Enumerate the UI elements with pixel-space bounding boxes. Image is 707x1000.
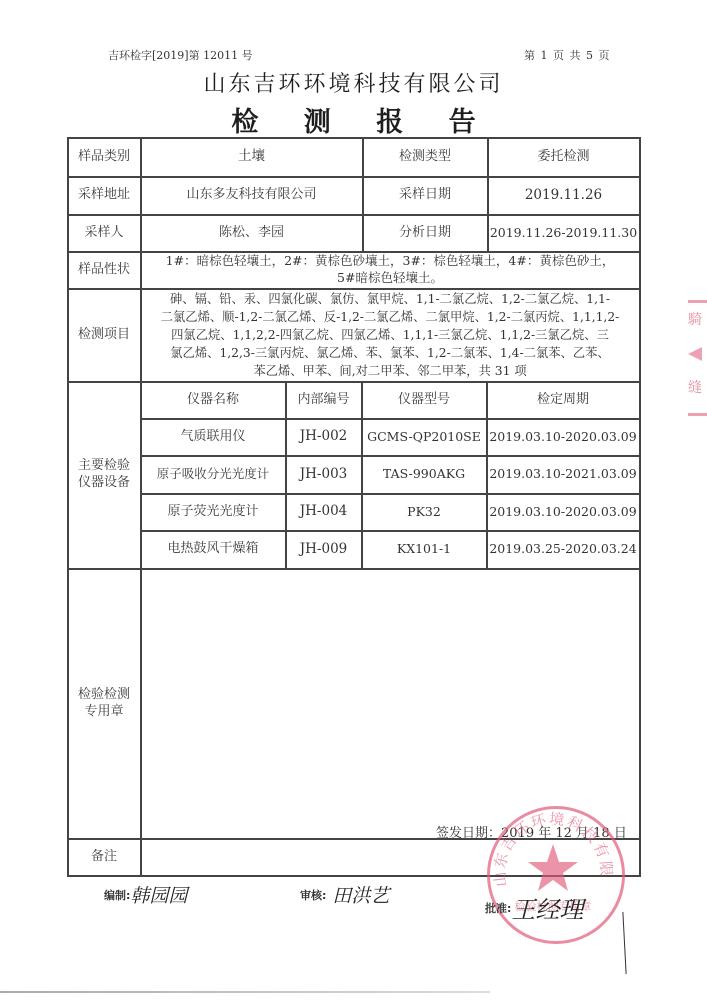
instrument-name: 原子荧光光度计: [141, 494, 285, 530]
instrument-name: 原子吸收分光光度计: [141, 456, 285, 493]
instruments-label-line: 仪器设备: [78, 475, 130, 492]
instrument-name: 气质联用仪: [141, 419, 285, 455]
instrument-col-period: 检定周期: [487, 382, 639, 418]
sample-category-label: 样品类别: [68, 138, 140, 176]
report-reference-number: 吉环检字[2019]第 12011 号: [108, 47, 253, 63]
sampler-value: 陈松、李园: [141, 215, 362, 251]
instrument-id: JH-002: [286, 419, 361, 455]
sample-traits-line: 5#暗棕色轻壤土。: [141, 269, 639, 286]
test-items-line: 四氯乙烷、1,1,2,2-四氯乙烷、四氯乙烯、1,1,1-三氯乙烷、1,1,2-…: [141, 326, 639, 344]
instrument-period: 2019.03.25-2020.03.24: [487, 531, 639, 568]
instruments-section-label: 主要检验 仪器设备: [68, 382, 140, 568]
analysis-date-label: 分析日期: [363, 215, 487, 251]
instrument-col-id: 内部编号: [286, 382, 361, 418]
analysis-date-value: 2019.11.26-2019.11.30: [488, 215, 639, 251]
seam-stamp-char: 騎: [688, 303, 707, 337]
reviewed-by: 审核: 田洪艺: [300, 881, 389, 908]
test-items-line: 氯乙烯、1,2,3-三氯丙烷、氯乙烯、苯、氯苯、1,2-二氯苯、1,4-二氯苯、…: [141, 344, 639, 362]
report-title: 检 测 报 告: [0, 100, 707, 139]
instrument-model: GCMS-QP2010SE: [362, 419, 486, 455]
sampling-address-value: 山东多友科技有限公司: [141, 177, 362, 214]
test-items-label: 检测项目: [68, 289, 140, 381]
instrument-model: KX101-1: [362, 531, 486, 568]
signature-stroke: [622, 912, 626, 974]
test-type-value: 委托检测: [488, 138, 639, 176]
sample-traits-label: 样品性状: [68, 252, 140, 288]
test-items-line: 苯乙烯、甲苯、间,对二甲苯、邻二甲苯，共 31 项: [141, 362, 639, 380]
sampling-date-value: 2019.11.26: [488, 177, 639, 214]
sample-category-value: 土壤: [141, 138, 362, 176]
seam-stamp-star-icon: [688, 347, 702, 361]
sample-traits-value: 1#：暗棕色轻壤土，2#：黄棕色砂壤土，3#：棕色轻壤土，4#：黄棕色砂土， 5…: [141, 252, 639, 286]
test-items-line: 砷、镉、铅、汞、四氯化碳、氯仿、氯甲烷、1,1-二氯乙烷、1,2-二氯乙烷、1,…: [141, 290, 639, 308]
reviewed-signature: 田洪艺: [332, 881, 389, 908]
instrument-period: 2019.03.10-2020.03.09: [487, 494, 639, 530]
scan-edge-line: [0, 991, 490, 993]
compiled-label: 编制:: [104, 887, 130, 903]
instrument-id: JH-009: [286, 531, 361, 568]
instrument-col-model: 仪器型号: [362, 382, 486, 418]
seam-stamp: 騎 缝: [688, 300, 707, 450]
compiled-by: 编制: 韩园园: [104, 881, 187, 908]
instrument-period: 2019.03.10-2021.03.09: [487, 456, 639, 493]
seal-label-line: 专用章: [84, 704, 123, 721]
instrument-name: 电热鼓风干燥箱: [141, 531, 285, 568]
table-border-right: [639, 137, 641, 876]
seal-section-label: 检验检测 专用章: [68, 569, 140, 838]
instrument-period: 2019.03.10-2020.03.09: [487, 419, 639, 455]
instruments-label-line: 主要检验: [78, 458, 130, 475]
instrument-id: JH-003: [286, 456, 361, 493]
seam-stamp-border: [688, 413, 707, 416]
compiled-signature: 韩园园: [130, 881, 187, 908]
approved-by: 批准: 王经理: [485, 890, 583, 925]
instrument-col-name: 仪器名称: [141, 382, 285, 418]
sampling-address-label: 采样地址: [68, 177, 140, 214]
row-divider: [67, 568, 641, 570]
company-name: 山东吉环环境科技有限公司: [0, 67, 707, 98]
test-items-value: 砷、镉、铅、汞、四氯化碳、氯仿、氯甲烷、1,1-二氯乙烷、1,2-二氯乙烷、1,…: [141, 290, 639, 380]
sample-traits-line: 1#：暗棕色轻壤土，2#：黄棕色砂壤土，3#：棕色轻壤土，4#：黄棕色砂土，: [141, 252, 639, 269]
sampler-label: 采样人: [68, 215, 140, 251]
reviewed-label: 审核:: [300, 887, 326, 903]
approved-label: 批准:: [485, 900, 511, 916]
test-type-label: 检测类型: [363, 138, 487, 176]
instrument-id: JH-004: [286, 494, 361, 530]
seam-stamp-char: 缝: [688, 371, 707, 405]
approved-signature: 王经理: [511, 890, 583, 925]
page-number: 第 1 页 共 5 页: [524, 47, 609, 63]
seal-label-line: 检验检测: [78, 687, 130, 704]
sampling-date-label: 采样日期: [363, 177, 487, 214]
instrument-model: TAS-990AKG: [362, 456, 486, 493]
remarks-label: 备注: [68, 839, 140, 875]
instrument-model: PK32: [362, 494, 486, 530]
test-items-line: 二氯乙烯、顺-1,2-二氯乙烯、反-1,2-二氯乙烯、二氯甲烷、1,2-二氯丙烷…: [141, 308, 639, 326]
